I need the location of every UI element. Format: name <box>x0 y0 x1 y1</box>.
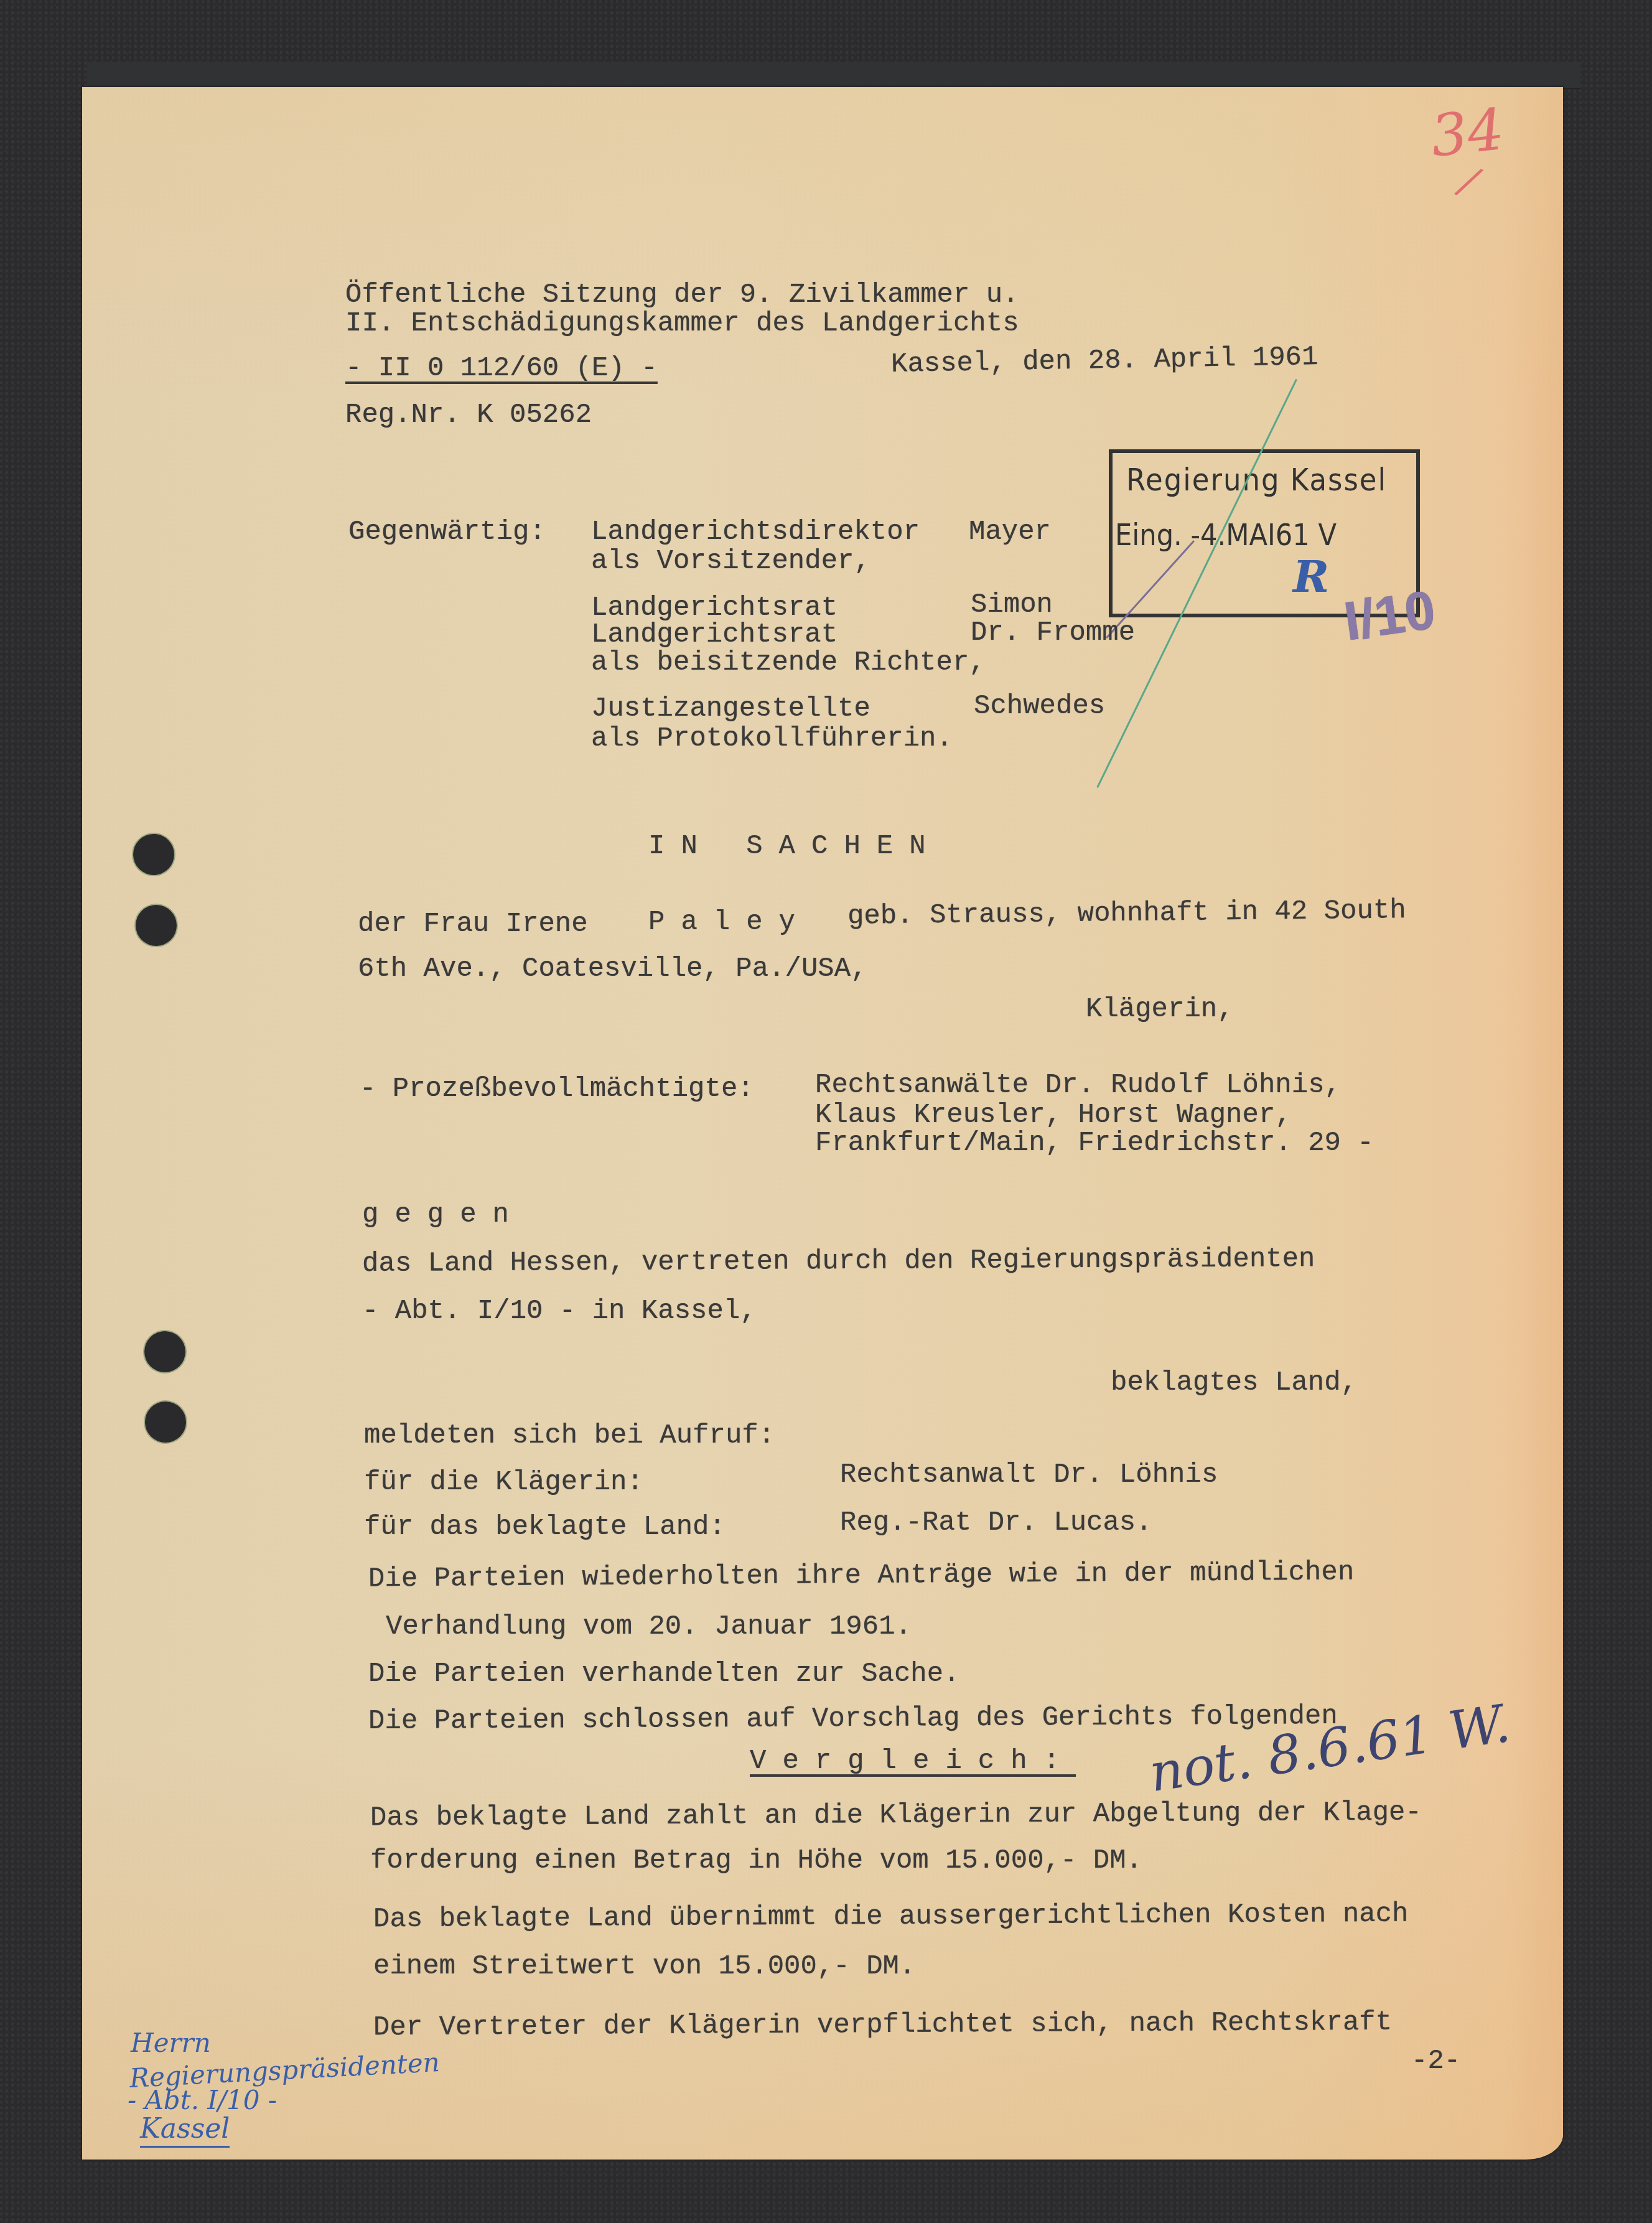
punch-hole <box>133 834 174 875</box>
proceedings-line: Die Parteien schlossen auf Vorschlag des… <box>368 1703 1338 1735</box>
present-label: Gegenwärtig: <box>348 518 546 546</box>
present-role: Landgerichtsrat <box>591 621 838 648</box>
proceedings-line: Die Parteien wiederholten ihre Anträge w… <box>368 1558 1355 1593</box>
settlement-line: Das beklagte Land übernimmt die ausserge… <box>373 1901 1409 1934</box>
present-name: Simon <box>971 591 1053 619</box>
present-name: Mayer <box>969 518 1051 546</box>
appearance-label: für das beklagte Land: <box>364 1514 726 1541</box>
attorneys-label: - Prozeßbevollmächtigte: <box>360 1075 754 1103</box>
binder-strip <box>87 62 1580 89</box>
present-role: Landgerichtsdirektor <box>591 518 920 546</box>
punch-hole <box>145 1402 186 1443</box>
margin-note-line: - Abt. I/10 - <box>128 2085 277 2115</box>
present-role: Landgerichtsrat <box>591 594 838 622</box>
department-mark: I/10 <box>1341 582 1439 649</box>
attorneys-line: Rechtsanwälte Dr. Rudolf Löhnis, <box>815 1072 1341 1099</box>
present-name: Schwedes <box>974 693 1105 720</box>
reg-number: Reg.Nr. K 05262 <box>345 401 592 429</box>
stamp-initials: R <box>1293 551 1329 602</box>
settlement-line: Das beklagte Land zahlt an die Klägerin … <box>370 1799 1422 1832</box>
session-title-line1: Öffentliche Sitzung der 9. Zivilkammer u… <box>345 281 1019 309</box>
appearance-value: Reg.-Rat Dr. Lucas. <box>840 1509 1152 1537</box>
attorneys-line: Frankfurt/Main, Friedrichstr. 29 - <box>815 1130 1374 1157</box>
session-title-line2: II. Entschädigungskammer des Landgericht… <box>345 310 1019 337</box>
appearance-value: Rechtsanwalt Dr. Löhnis <box>840 1461 1218 1489</box>
folio-number: 34 <box>1428 96 1508 170</box>
vergleich-heading: Vergleich: <box>750 1748 1076 1775</box>
case-number: - II 0 112/60 (E) - <box>345 355 658 382</box>
settlement-line: Der Vertreter der Klägerin verpflichtet … <box>373 2009 1392 2042</box>
appearance-label: für die Klägerin: <box>364 1469 643 1496</box>
attorneys-line: Klaus Kreusler, Horst Wagner, <box>815 1102 1292 1129</box>
appearance-intro: meldeten sich bei Aufruf: <box>364 1422 775 1449</box>
present-role: Justizangestellte <box>591 695 870 723</box>
present-role: als Protokollführerin. <box>591 725 953 752</box>
gegen-heading: gegen <box>362 1201 525 1228</box>
plaintiff-prefix: der Frau Irene <box>358 910 588 938</box>
proceedings-line: Verhandlung vom 20. Januar 1961. <box>386 1613 912 1640</box>
present-name: Dr. Fromme <box>971 619 1135 647</box>
defendant-line: - Abt. I/10 - in Kassel, <box>362 1298 757 1325</box>
page-indicator: -2- <box>1411 2048 1460 2075</box>
margin-note-line: Herrn <box>131 2028 211 2058</box>
stamp-authority: Regierung Kassel <box>1126 462 1387 498</box>
defendant-role: beklagtes Land, <box>1111 1369 1357 1397</box>
present-role: als beisitzende Richter, <box>591 649 986 676</box>
plaintiff-surname: Paley <box>648 909 811 936</box>
defendant-line: das Land Hessen, vertreten durch den Reg… <box>362 1245 1315 1278</box>
settlement-line: einem Streitwert von 15.000,- DM. <box>373 1953 915 1980</box>
place-date: Kassel, den 28. April 1961 <box>891 344 1318 378</box>
punch-hole <box>144 1331 185 1372</box>
punch-hole <box>136 905 177 946</box>
settlement-line: forderung einen Betrag in Höhe vom 15.00… <box>370 1847 1142 1874</box>
plaintiff-address: 6th Ave., Coatesville, Pa./USA, <box>358 955 867 983</box>
present-role: als Vorsitzender, <box>591 548 870 575</box>
proceedings-line: Die Parteien verhandelten zur Sache. <box>368 1660 960 1688</box>
margin-note-line: Kassel <box>140 2113 230 2148</box>
plaintiff-role: Klägerin, <box>1086 996 1234 1023</box>
in-sachen-heading: IN SACHEN <box>648 833 942 860</box>
plaintiff-suffix: geb. Strauss, wohnhaft in 42 South <box>847 897 1406 930</box>
